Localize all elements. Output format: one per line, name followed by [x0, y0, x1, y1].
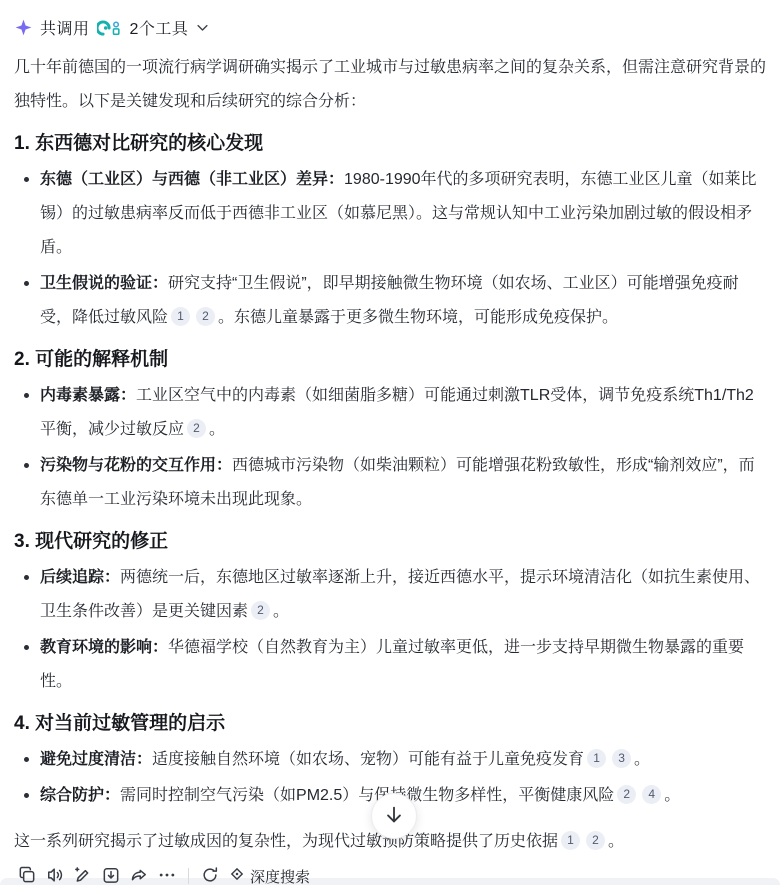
citation-badge[interactable]: 2 — [187, 419, 206, 438]
body-text: 。东德儿童暴露于更多微生物环境，可能形成免疫保护。 — [218, 309, 618, 326]
regenerate-button[interactable] — [197, 863, 223, 885]
body-text: 。 — [273, 603, 289, 620]
body-text: 。 — [209, 421, 225, 438]
deep-search-icon — [227, 864, 247, 885]
citation-badge[interactable]: 2 — [196, 307, 215, 326]
bullet-item: 东德（工业区）与西德（非工业区）差异：1980-1990年代的多项研究表明，东德… — [40, 163, 766, 265]
citation-badge[interactable]: 1 — [561, 831, 580, 850]
bullet-item: 卫生假说的验证：研究支持“卫生假说”，即早期接触微生物环境（如农场、工业区）可能… — [40, 267, 766, 335]
bullet-item: 内毒素暴露：工业区空气中的内毒素（如细菌脂多糖）可能通过刺激TLR受体，调节免疫… — [40, 379, 766, 447]
bullet-item: 后续追踪：两德统一后，东德地区过敏率逐渐上升，接近西德水平，提示环境清洁化（如抗… — [40, 561, 766, 629]
pencil-icon — [73, 865, 93, 885]
read-aloud-button[interactable] — [42, 863, 68, 885]
body-text: 。 — [634, 751, 650, 768]
body-text: 适度接触自然环境（如农场、宠物）可能有益于儿童免疫发育 — [152, 751, 584, 768]
chat-response: 共调用 2个工具 几十年前德国的一项流行病学调研确实揭示了工业城市与过敏患病率之… — [0, 0, 780, 885]
share-button[interactable] — [126, 863, 152, 885]
bullet-term: 卫生假说的验证： — [40, 275, 168, 292]
bullet-term: 东德（工业区）与西德（非工业区）差异： — [40, 171, 344, 188]
section-heading: 3. 现代研究的修正 — [14, 529, 766, 555]
body-text: 两德统一后，东德地区过敏率逐渐上升，接近西德水平，提示环境清洁化（如抗生素使用、… — [40, 569, 760, 620]
body-text: 工业区空气中的内毒素（如细菌脂多糖）可能通过刺激TLR受体，调节免疫系统Th1/… — [40, 387, 754, 438]
bullet-item: 避免过度清洁：适度接触自然环境（如农场、宠物）可能有益于儿童免疫发育13。 — [40, 743, 766, 777]
body-text: 这一系列研究揭示了过敏成因的复杂性，为现代过敏预防策略提供了历史依据 — [14, 833, 558, 850]
citation-badge[interactable]: 1 — [587, 749, 606, 768]
message-toolbar: 深度搜索 — [14, 863, 766, 885]
citation-badge[interactable]: 2 — [617, 785, 636, 804]
sparkle-icon — [14, 18, 33, 37]
intro-paragraph: 几十年前德国的一项流行病学调研确实揭示了工业城市与过敏患病率之间的复杂关系，但需… — [14, 51, 766, 119]
section-heading: 2. 可能的解释机制 — [14, 347, 766, 373]
bullet-term: 综合防护： — [40, 787, 120, 804]
copy-icon — [17, 865, 37, 885]
bullet-item: 污染物与花粉的交互作用：西德城市污染物（如柴油颗粒）可能增强花粉致敏性，形成“输… — [40, 449, 766, 517]
citation-badge[interactable]: 2 — [251, 601, 270, 620]
body-text: 需同时控制空气污染（如PM2.5）与保持微生物多样性，平衡健康风险 — [120, 787, 614, 804]
chevron-down-icon — [195, 20, 210, 35]
bullet-list: 后续追踪：两德统一后，东德地区过敏率逐渐上升，接近西德水平，提示环境清洁化（如抗… — [14, 561, 766, 699]
tool-call-header[interactable]: 共调用 2个工具 — [14, 0, 210, 39]
bullet-term: 避免过度清洁： — [40, 751, 152, 768]
tool-call-prefix: 共调用 — [40, 16, 90, 39]
copy-button[interactable] — [14, 863, 40, 885]
share-icon — [129, 865, 149, 885]
citation-badge[interactable]: 2 — [586, 831, 605, 850]
deep-search-label: 深度搜索 — [250, 866, 310, 885]
section-heading: 1. 东西德对比研究的核心发现 — [14, 131, 766, 157]
scroll-to-bottom-button[interactable] — [371, 793, 417, 839]
answer-body: 几十年前德国的一项流行病学调研确实揭示了工业城市与过敏患病率之间的复杂关系，但需… — [14, 51, 766, 859]
tool-count: 2个工具 — [130, 16, 189, 39]
edit-button[interactable] — [70, 863, 96, 885]
sections-container: 1. 东西德对比研究的核心发现东德（工业区）与西德（非工业区）差异：1980-1… — [14, 131, 766, 813]
more-button[interactable] — [154, 863, 180, 885]
download-icon — [101, 865, 121, 885]
bullet-list: 东德（工业区）与西德（非工业区）差异：1980-1990年代的多项研究表明，东德… — [14, 163, 766, 335]
body-text: 。 — [664, 787, 680, 804]
bullet-term: 污染物与花粉的交互作用： — [40, 457, 232, 474]
toolbar-divider — [188, 868, 189, 884]
citation-badge[interactable]: 1 — [171, 307, 190, 326]
body-text: 。 — [608, 833, 624, 850]
refresh-icon — [200, 865, 220, 885]
citation-badge[interactable]: 4 — [642, 785, 661, 804]
tool-logo-icon — [97, 18, 123, 38]
citation-badge[interactable]: 3 — [612, 749, 631, 768]
deep-search-button[interactable]: 深度搜索 — [225, 864, 312, 885]
arrow-down-icon — [383, 804, 405, 829]
section-heading: 4. 对当前过敏管理的启示 — [14, 711, 766, 737]
speaker-icon — [45, 865, 65, 885]
bullet-item: 教育环境的影响：华德福学校（自然教育为主）儿童过敏率更低，进一步支持早期微生物暴… — [40, 631, 766, 699]
download-button[interactable] — [98, 863, 124, 885]
more-icon — [157, 865, 177, 885]
bullet-term: 教育环境的影响： — [40, 639, 168, 656]
bullet-term: 后续追踪： — [40, 569, 120, 586]
bullet-list: 内毒素暴露：工业区空气中的内毒素（如细菌脂多糖）可能通过刺激TLR受体，调节免疫… — [14, 379, 766, 517]
bullet-term: 内毒素暴露： — [40, 387, 136, 404]
